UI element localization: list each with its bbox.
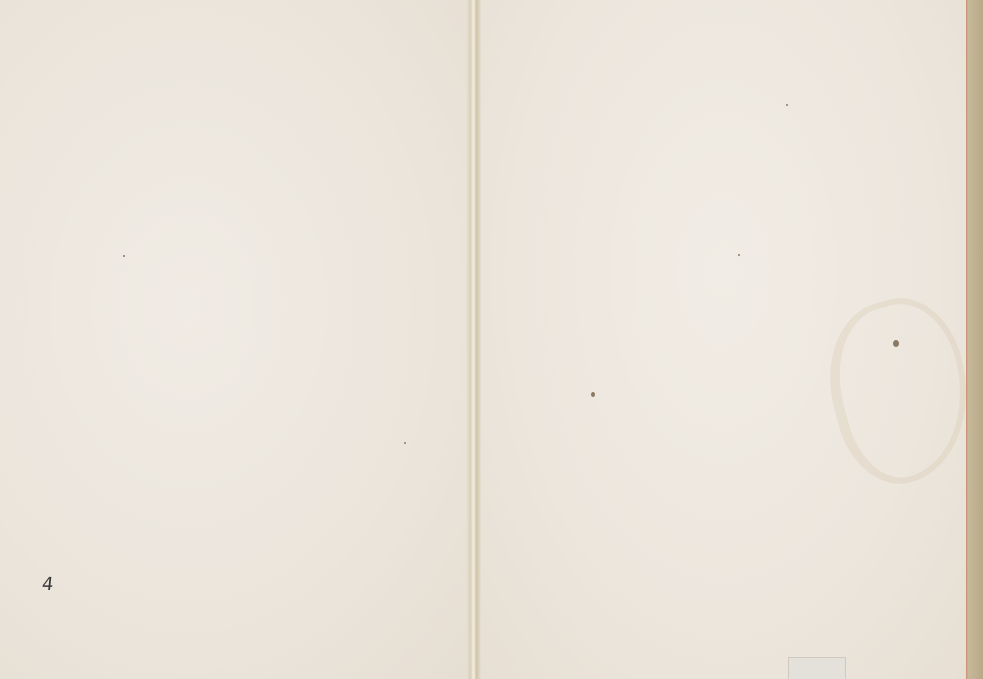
paper-label-tab (788, 657, 846, 679)
book-gutter (466, 0, 481, 679)
ink-spot (591, 392, 595, 397)
handwritten-page-number: 4 (41, 574, 55, 595)
ink-spot (786, 104, 788, 106)
cover-board-edge (966, 0, 983, 679)
ink-spot (893, 340, 899, 347)
ink-spot (404, 442, 406, 444)
left-page (0, 0, 470, 679)
ink-spot (738, 254, 740, 256)
ink-spot (123, 255, 125, 257)
